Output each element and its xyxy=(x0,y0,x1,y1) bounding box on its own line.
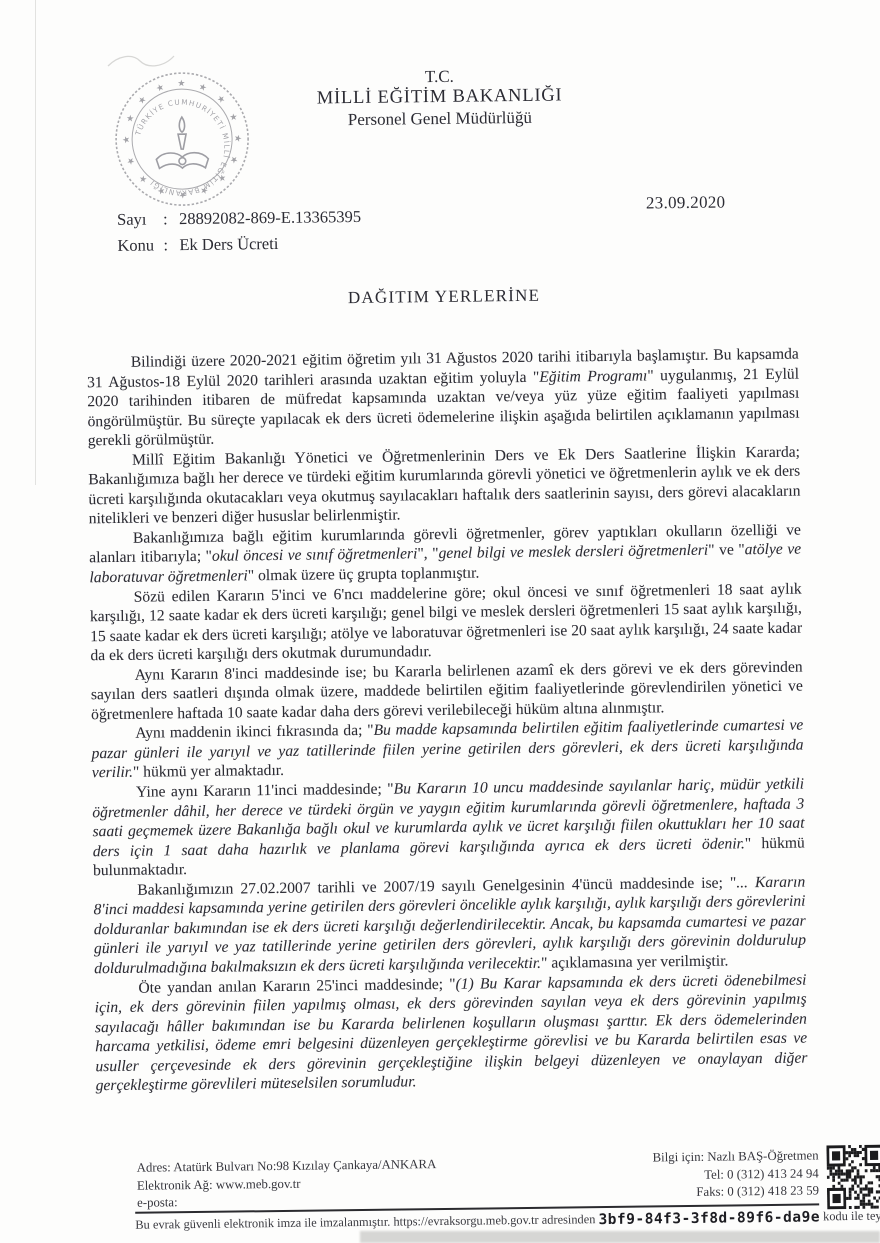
sayi-separator: : xyxy=(163,206,179,232)
emblem-circular-text: TÜRKİYE CUMHURİYETİ MİLLÎ EĞİTİM BAKANLI… xyxy=(133,97,232,198)
sayi-label: Sayı xyxy=(117,206,163,233)
meb-emblem-logo: ★★★★★★★★★★★★★★★★ TÜRKİYE CUMHURİYETİ MİL… xyxy=(111,68,253,210)
svg-text:★: ★ xyxy=(232,134,242,142)
paragraph: Bakanlığımıza bağlı eğitim kurumlarında … xyxy=(89,521,802,588)
svg-text:★: ★ xyxy=(226,112,238,123)
konu-separator: : xyxy=(163,232,179,258)
sayi-value: 28892082-869-E.13365395 xyxy=(179,207,361,228)
footer-address-block: Adres: Atatürk Bulvarı No:98 Kızılay Çan… xyxy=(137,1156,437,1212)
letterhead: T.C. MİLLİ EĞİTİM BAKANLIĞI Personel Gen… xyxy=(271,64,608,131)
svg-text:★: ★ xyxy=(214,93,227,106)
paragraph: Bilindiği üzere 2020-2021 eğitim öğretim… xyxy=(87,345,800,451)
verification-code: 3bf9-84f3-3f8d-89f6-da9e xyxy=(598,1209,820,1228)
footer-contact-block: Bilgi için: Nazlı BAŞ-Öğretmen Tel: 0 (3… xyxy=(546,1147,819,1203)
scanned-document-page: ★★★★★★★★★★★★★★★★ TÜRKİYE CUMHURİYETİ MİL… xyxy=(0,0,880,1243)
emblem-torch-and-book-icon xyxy=(156,117,209,169)
recipient-heading: DAĞITIM YERLERİNE xyxy=(88,283,800,312)
paragraph: Millî Eğitim Bakanlığı Yönetici ve Öğret… xyxy=(88,442,801,529)
svg-text:★: ★ xyxy=(125,155,137,166)
qr-code xyxy=(826,1145,880,1210)
paragraph: Öte yandan anılan Kararın 25'inci maddes… xyxy=(94,970,807,1096)
paragraph: Sözü edilen Kararın 5'inci ve 6'ncı madd… xyxy=(90,579,803,666)
paragraph: Yine aynı Kararın 11'inci maddesinde; "B… xyxy=(92,775,805,881)
letter-body: Bilindiği üzere 2020-2021 eğitim öğretim… xyxy=(87,345,808,1096)
paragraph: Aynı maddenin ikinci fıkrasında da; "Bu … xyxy=(91,716,804,783)
document-content: ★★★★★★★★★★★★★★★★ TÜRKİYE CUMHURİYETİ MİL… xyxy=(0,0,880,1243)
scan-edge-shadow xyxy=(360,1231,880,1243)
footer-fax: Faks: 0 (312) 418 23 59 xyxy=(547,1182,819,1203)
svg-text:TÜRKİYE CUMHURİYETİ MİLLÎ EĞİT: TÜRKİYE CUMHURİYETİ MİLLÎ EĞİTİM BAKANLI… xyxy=(133,97,232,198)
konu-value: Ek Ders Ücreti xyxy=(179,234,278,254)
footer-address: Adres: Atatürk Bulvarı No:98 Kızılay Çan… xyxy=(137,1156,437,1177)
svg-text:★: ★ xyxy=(137,172,150,185)
svg-text:★: ★ xyxy=(155,82,166,94)
letterhead-ministry: MİLLİ EĞİTİM BAKANLIĞI xyxy=(272,85,608,110)
verification-text-suffix: kodu ile teyit edilebilir. xyxy=(823,1208,880,1223)
konu-label: Konu xyxy=(117,232,163,259)
sayi-row: Sayı:28892082-869-E.13365395 xyxy=(117,204,361,233)
svg-text:★: ★ xyxy=(177,79,185,89)
konu-row: Konu:Ek Ders Ücreti xyxy=(117,230,361,259)
verification-text-prefix: Bu evrak güvenli elektronik imza ile imz… xyxy=(135,1212,595,1232)
paragraph: Aynı Kararın 8'inci maddesinde ise; bu K… xyxy=(91,657,804,724)
document-meta: Sayı:28892082-869-E.13365395 Konu:Ek Der… xyxy=(117,204,362,259)
svg-text:★: ★ xyxy=(122,136,132,144)
svg-text:★: ★ xyxy=(136,94,149,107)
paragraph: Bakanlığımızın 27.02.2007 tarihli ve 200… xyxy=(93,872,806,978)
document-date: 23.09.2020 xyxy=(646,192,726,213)
letterhead-department: Personel Genel Müdürlüğü xyxy=(272,106,608,131)
